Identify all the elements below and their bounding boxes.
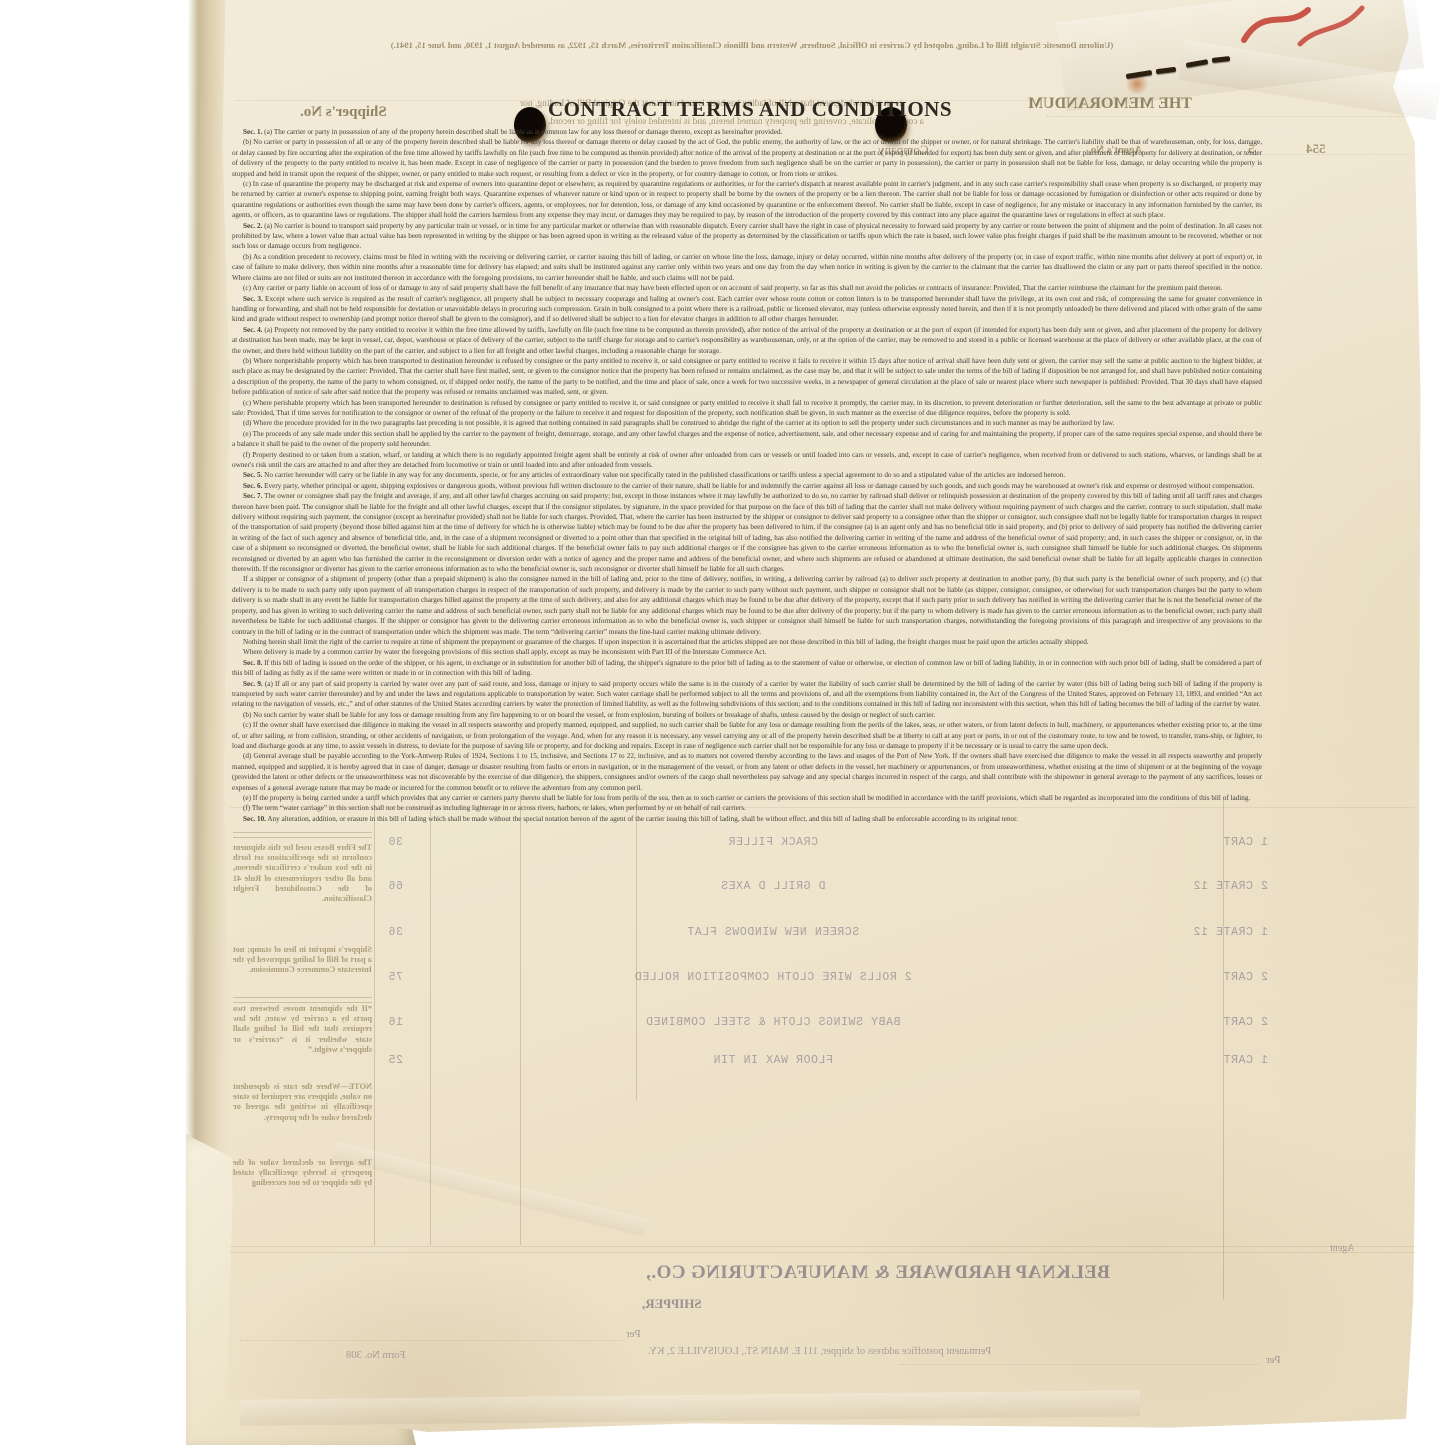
- bleed-item-weight: 25: [388, 1054, 448, 1067]
- bleed-margin-note: Shipper's imprint in lieu of stamp; not …: [233, 945, 372, 976]
- bleed-item-row: 1 CARTFLOOR WAX IN TIN25: [388, 1054, 1268, 1067]
- footer-rule: [230, 1252, 1415, 1253]
- contract-paragraph: (b) No carrier or party in possession of…: [232, 137, 1262, 179]
- bleed-shipper-name: BELKNAP HARDWARE & MANUFACTURING CO.,: [660, 1262, 1110, 1284]
- bleed-item-row: 1 CRATE 12SCREEN NEW WINDOWS FLAT36: [388, 926, 1268, 939]
- bleed-item-qty: 1 CRATE 12: [1098, 926, 1268, 939]
- contract-paragraph: (c) If the owner shall have exercised du…: [232, 720, 1262, 751]
- contract-paragraph: Sec. 6. Every party, whether principal o…: [232, 481, 1262, 491]
- bleed-margin-rule: [233, 1002, 372, 1003]
- bleed-item-qty: 2 CART: [1098, 971, 1268, 984]
- bleed-item-description: FLOOR WAX IN TIN: [448, 1054, 1098, 1067]
- bleed-item-description: SCREEN NEW WINDOWS FLAT: [448, 926, 1098, 939]
- footer-rule: [230, 1246, 1415, 1247]
- bleed-item-qty: 2 CRATE 12: [1098, 880, 1268, 893]
- bleed-table-rule: [230, 807, 1415, 808]
- bleed-item-weight: 36: [388, 926, 448, 939]
- bleed-margin-note: *If the shipment moves between two ports…: [233, 1004, 372, 1055]
- contract-paragraph: Sec. 7. The owner or consignee shall pay…: [232, 491, 1262, 574]
- bleed-item-row: 2 CARTBABY SWINGS CLOTH & STEEL COMBINED…: [388, 1016, 1268, 1029]
- per-dotted-line: [900, 1364, 1260, 1365]
- contract-paragraph: (c) Where perishable property which has …: [232, 398, 1262, 419]
- contract-paragraph: Sec. 2. (a) No carrier is bound to trans…: [232, 221, 1262, 252]
- bleed-item-qty: 1 CART: [1098, 836, 1268, 849]
- bleed-shipper-label: SHIPPER,: [642, 1296, 702, 1312]
- bleed-item-description: D GRILL D AXES: [448, 880, 1098, 893]
- bleed-margin-note: NOTE—Where the rate is dependent on valu…: [233, 1082, 372, 1123]
- contract-paragraph: Sec. 4. (a) Property not removed by the …: [232, 325, 1262, 356]
- bleed-item-qty: 2 CART: [1098, 1016, 1268, 1029]
- contract-paragraph: (d) General average shall be payable acc…: [232, 751, 1262, 793]
- contract-paragraph: (c) In case of quarantine the property m…: [232, 179, 1262, 221]
- contract-paragraph: (b) No such carrier by water shall be li…: [232, 710, 1262, 720]
- bleed-item-description: CRACK FILLER: [448, 836, 1098, 849]
- bleed-agent-label: Agent: [1330, 1243, 1354, 1254]
- bleed-shipper-address: Permanent postoffice address of shipper,…: [648, 1346, 991, 1357]
- bleed-item-description: BABY SWINGS CLOTH & STEEL COMBINED: [448, 1016, 1098, 1029]
- contract-paragraph: (e) The proceeds of any sale made under …: [232, 429, 1262, 450]
- contract-paragraph: (f) Property destined to or taken from a…: [232, 450, 1262, 471]
- contract-paragraph: (d) Where the procedure provided for in …: [232, 418, 1262, 428]
- bleed-margin-note: The agreed or declared value of the prop…: [233, 1158, 372, 1189]
- bleed-item-description: 2 ROLLS WIRE CLOTH COMPOSITION ROLLED: [448, 971, 1098, 984]
- bleed-item-weight: 30: [388, 836, 448, 849]
- bleed-per-label: Per: [626, 1328, 641, 1340]
- bleed-item-weight: 16: [388, 1016, 448, 1029]
- contract-paragraph: (f) The term “water carriage” in this se…: [232, 803, 1262, 813]
- contract-terms-text: Sec. 1. (a) The carrier or party in poss…: [232, 127, 1262, 824]
- red-crayon-mark: [1238, 0, 1368, 52]
- contract-paragraph: Sec. 3. Except where such service is req…: [232, 294, 1262, 325]
- contract-paragraph: (b) Where nonperishable property which h…: [232, 356, 1262, 398]
- contract-paragraph: Sec. 1. (a) The carrier or party in poss…: [232, 127, 1262, 137]
- bleed-item-weight: 66: [388, 880, 448, 893]
- bleed-item-row: 2 CART2 ROLLS WIRE CLOTH COMPOSITION ROL…: [388, 971, 1268, 984]
- per-dotted-line: [240, 1340, 624, 1341]
- page-title: CONTRACT TERMS AND CONDITIONS: [400, 97, 1100, 122]
- bleed-form-caption: (Uniform Domestic Straight Bill of Ladin…: [244, 40, 1260, 50]
- contract-paragraph: Nothing herein shall limit the right of …: [232, 637, 1262, 647]
- bleed-margin-note: The Fibre Boxes used for this shipment c…: [233, 843, 372, 904]
- bleed-column-line: [1223, 800, 1224, 1300]
- contract-paragraph: (c) Any carrier or party liable on accou…: [232, 283, 1262, 293]
- bleed-item-qty: 1 CART: [1098, 1054, 1268, 1067]
- bleed-form-number: Form No. 308: [346, 1350, 405, 1361]
- bleed-margin-rule: [233, 837, 372, 838]
- bleed-column-line: [374, 800, 375, 1245]
- bleed-item-row: 1 CARTCRACK FILLER30: [388, 836, 1268, 849]
- contract-paragraph: Sec. 9. (a) If all or any part of said p…: [232, 679, 1262, 710]
- bleed-per-label: Per: [1266, 1354, 1281, 1366]
- bleed-margin-rule: [233, 997, 372, 998]
- contract-paragraph: Where delivery is made by a common carri…: [232, 647, 1262, 657]
- contract-paragraph: If a shipper or consignor of a shipment …: [232, 574, 1262, 636]
- contract-paragraph: Sec. 8. If this bill of lading is issued…: [232, 658, 1262, 679]
- bleed-margin-rule: [233, 832, 372, 833]
- bleed-item-row: 2 CRATE 12D GRILL D AXES66: [388, 880, 1268, 893]
- scanned-bill-of-lading-back: (Uniform Domestic Straight Bill of Ladin…: [0, 0, 1445, 1445]
- contract-paragraph: Sec. 5. No carrier hereunder will carry …: [232, 470, 1262, 480]
- header-dotted-rule: [1046, 116, 1408, 117]
- bleed-item-weight: 75: [388, 971, 448, 984]
- contract-paragraph: (e) If the property is being carried und…: [232, 793, 1262, 803]
- bleed-shippers-no-label: Shipper's No.: [300, 104, 387, 121]
- contract-paragraph: Sec. 10. Any alteration, addition, or er…: [232, 814, 1262, 824]
- contract-paragraph: (b) As a condition precedent to recovery…: [232, 252, 1262, 283]
